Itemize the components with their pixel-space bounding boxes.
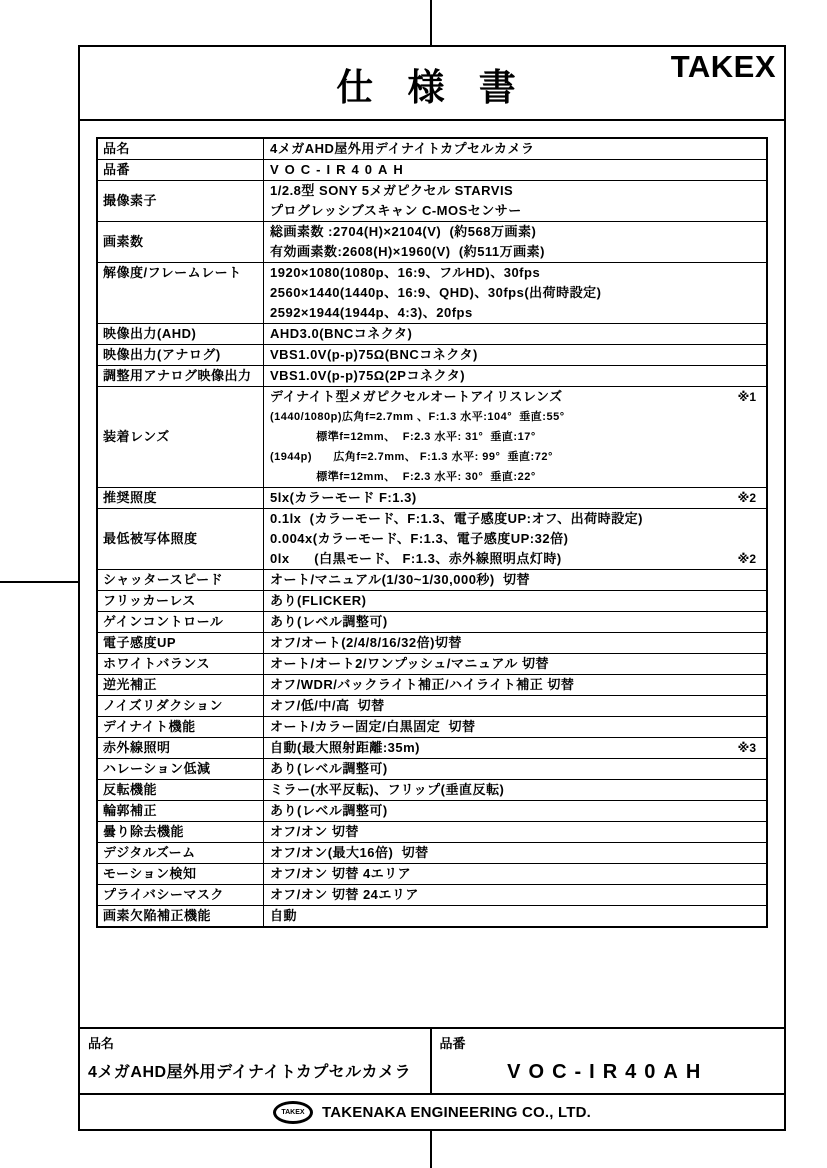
spec-value: オフ/オン 切替 bbox=[264, 822, 766, 842]
spec-value-line: 1/2.8型 SONY 5メガピクセル STARVIS bbox=[270, 181, 766, 201]
spec-value-line: 有効画素数:2608(H)×1960(V) (約511万画素) bbox=[270, 242, 766, 262]
spec-value: 1920×1080(1080p、16:9、フルHD)、30fps2560×144… bbox=[264, 263, 766, 323]
spec-value: オート/マニュアル(1/30~1/30,000秒) 切替 bbox=[264, 570, 766, 590]
spec-row: シャッタースピードオート/マニュアル(1/30~1/30,000秒) 切替 bbox=[98, 569, 766, 590]
spec-value: オフ/オン 切替 4エリア bbox=[264, 864, 766, 884]
spec-value-line: 1920×1080(1080p、16:9、フルHD)、30fps bbox=[270, 263, 766, 283]
spec-value-line: 0.004x(カラーモード、F:1.3、電子感度UP:32倍) bbox=[270, 529, 766, 549]
spec-label: フリッカーレス bbox=[98, 591, 264, 611]
company-name: TAKENAKA ENGINEERING CO., LTD. bbox=[322, 1104, 591, 1121]
spec-label: シャッタースピード bbox=[98, 570, 264, 590]
spec-row: 解像度/フレームレート1920×1080(1080p、16:9、フルHD)、30… bbox=[98, 262, 766, 323]
spec-label: 反転機能 bbox=[98, 780, 264, 800]
spec-value-line: (1440/1080p)広角f=2.7mm 、F:1.3 水平:104° 垂直:… bbox=[270, 407, 766, 427]
spec-row: ハレーション低減あり(レベル調整可) bbox=[98, 758, 766, 779]
spec-label: 品名 bbox=[98, 139, 264, 159]
spec-row: ホワイトバランスオート/オート2/ワンプッシュ/マニュアル 切替 bbox=[98, 653, 766, 674]
spec-row: 品名4メガAHD屋外用デイナイトカプセルカメラ bbox=[98, 139, 766, 159]
spec-value: あり(レベル調整可) bbox=[264, 612, 766, 632]
spec-value: ミラー(水平反転)、フリップ(垂直反転) bbox=[264, 780, 766, 800]
document-frame: 仕 様 書 TAKEX 品名4メガAHD屋外用デイナイトカプセルカメラ品番VOC… bbox=[78, 45, 786, 1131]
spec-value-line: オフ/低/中/高 切替 bbox=[270, 696, 766, 716]
spec-value-line: 総画素数 :2704(H)×2104(V) (約568万画素) bbox=[270, 222, 766, 242]
spec-label: 逆光補正 bbox=[98, 675, 264, 695]
spec-value: オート/オート2/ワンプッシュ/マニュアル 切替 bbox=[264, 654, 766, 674]
spec-label: 画素欠陥補正機能 bbox=[98, 906, 264, 926]
footer-number-label: 品番 bbox=[440, 1033, 777, 1052]
spec-row: ゲインコントロールあり(レベル調整可) bbox=[98, 611, 766, 632]
spec-value-line: オフ/オン 切替 bbox=[270, 822, 766, 842]
spec-row: 逆光補正オフ/WDR/バックライト補正/ハイライト補正 切替 bbox=[98, 674, 766, 695]
spec-value-line: オフ/オン 切替 4エリア bbox=[270, 864, 766, 884]
spec-row: デジタルズームオフ/オン(最大16倍) 切替 bbox=[98, 842, 766, 863]
spec-row: 装着レンズデイナイト型メガピクセルオートアイリスレンズ※1(1440/1080p… bbox=[98, 386, 766, 487]
spec-label: 曇り除去機能 bbox=[98, 822, 264, 842]
spec-value-line: VBS1.0V(p-p)75Ω(2Pコネクタ) bbox=[270, 366, 766, 386]
spec-value: オフ/オート(2/4/8/16/32倍)切替 bbox=[264, 633, 766, 653]
spec-row: 輪郭補正あり(レベル調整可) bbox=[98, 800, 766, 821]
spec-value: あり(レベル調整可) bbox=[264, 759, 766, 779]
spec-value: AHD3.0(BNCコネクタ) bbox=[264, 324, 766, 344]
spec-label: 撮像素子 bbox=[98, 181, 264, 221]
spec-row: 調整用アナログ映像出力VBS1.0V(p-p)75Ω(2Pコネクタ) bbox=[98, 365, 766, 386]
spec-row: 最低被写体照度0.1lx (カラーモード、F:1.3、電子感度UP:オフ、出荷時… bbox=[98, 508, 766, 569]
spec-value-line: 2592×1944(1944p、4:3)、20fps bbox=[270, 303, 766, 323]
spec-row: フリッカーレスあり(FLICKER) bbox=[98, 590, 766, 611]
spec-value-line: 2560×1440(1440p、16:9、QHD)、30fps(出荷時設定) bbox=[270, 283, 766, 303]
spec-value: オフ/WDR/バックライト補正/ハイライト補正 切替 bbox=[264, 675, 766, 695]
spec-value: VOC-IR40AH bbox=[264, 160, 766, 180]
spec-value-line: オフ/オート(2/4/8/16/32倍)切替 bbox=[270, 633, 766, 653]
spec-label: 赤外線照明 bbox=[98, 738, 264, 758]
footer-title-block: 品名 4メガAHD屋外用デイナイトカプセルカメラ 品番 VOC-IR40AH bbox=[80, 1027, 784, 1095]
spec-value-line: ミラー(水平反転)、フリップ(垂直反転) bbox=[270, 780, 766, 800]
spec-value: 0.1lx (カラーモード、F:1.3、電子感度UP:オフ、出荷時設定)0.00… bbox=[264, 509, 766, 569]
spec-value-line: (1944p) 広角f=2.7mm、 F:1.3 水平: 99° 垂直:72° bbox=[270, 447, 766, 467]
spec-value-line: あり(レベル調整可) bbox=[270, 801, 766, 821]
document-body: 品名4メガAHD屋外用デイナイトカプセルカメラ品番VOC-IR40AH撮像素子1… bbox=[80, 122, 784, 1130]
spec-row: モーション検知オフ/オン 切替 4エリア bbox=[98, 863, 766, 884]
spec-value-line: 自動 bbox=[270, 906, 766, 926]
spec-sheet-page: { "header": { "title": "仕 様 書", "brand":… bbox=[0, 0, 827, 1168]
spec-value-line: オート/マニュアル(1/30~1/30,000秒) 切替 bbox=[270, 570, 766, 590]
spec-row: ノイズリダクションオフ/低/中/高 切替 bbox=[98, 695, 766, 716]
spec-label: 画素数 bbox=[98, 222, 264, 262]
spec-value: あり(レベル調整可) bbox=[264, 801, 766, 821]
spec-value-line: 自動(最大照射距離:35m)※3 bbox=[270, 738, 766, 758]
spec-row: 反転機能ミラー(水平反転)、フリップ(垂直反転) bbox=[98, 779, 766, 800]
spec-value: 1/2.8型 SONY 5メガピクセル STARVISプログレッシブスキャン C… bbox=[264, 181, 766, 221]
spec-value: デイナイト型メガピクセルオートアイリスレンズ※1(1440/1080p)広角f=… bbox=[264, 387, 766, 487]
spec-value-line: オフ/WDR/バックライト補正/ハイライト補正 切替 bbox=[270, 675, 766, 695]
spec-value-line: 標準f=12mm、 F:2.3 水平: 31° 垂直:17° bbox=[270, 427, 766, 447]
spec-label: デイナイト機能 bbox=[98, 717, 264, 737]
spec-value: 4メガAHD屋外用デイナイトカプセルカメラ bbox=[264, 139, 766, 159]
spec-value-line: オート/カラー固定/白黒固定 切替 bbox=[270, 717, 766, 737]
spec-value-line: VBS1.0V(p-p)75Ω(BNCコネクタ) bbox=[270, 345, 766, 365]
spec-label: 最低被写体照度 bbox=[98, 509, 264, 569]
spec-row: 映像出力(アナログ)VBS1.0V(p-p)75Ω(BNCコネクタ) bbox=[98, 344, 766, 365]
spec-value-line: AHD3.0(BNCコネクタ) bbox=[270, 324, 766, 344]
spec-value-line: 標準f=12mm、 F:2.3 水平: 30° 垂直:22° bbox=[270, 467, 766, 487]
spec-value-line: 4メガAHD屋外用デイナイトカプセルカメラ bbox=[270, 139, 766, 159]
spec-value-line: 0.1lx (カラーモード、F:1.3、電子感度UP:オフ、出荷時設定) bbox=[270, 509, 766, 529]
footer-name-value: 4メガAHD屋外用デイナイトカプセルカメラ bbox=[88, 1059, 422, 1082]
spec-row: プライバシーマスクオフ/オン 切替 24エリア bbox=[98, 884, 766, 905]
spec-value: あり(FLICKER) bbox=[264, 591, 766, 611]
spec-note: ※1 bbox=[738, 387, 756, 407]
spec-label: 品番 bbox=[98, 160, 264, 180]
spec-value: 自動(最大照射距離:35m)※3 bbox=[264, 738, 766, 758]
spec-value: VBS1.0V(p-p)75Ω(2Pコネクタ) bbox=[264, 366, 766, 386]
spec-row: 赤外線照明自動(最大照射距離:35m)※3 bbox=[98, 737, 766, 758]
spec-value: 5lx(カラーモード F:1.3)※2 bbox=[264, 488, 766, 508]
spec-value-line: デイナイト型メガピクセルオートアイリスレンズ※1 bbox=[270, 387, 766, 407]
footer-name-label: 品名 bbox=[88, 1033, 422, 1052]
spec-label: 解像度/フレームレート bbox=[98, 263, 264, 323]
spec-row: 撮像素子1/2.8型 SONY 5メガピクセル STARVISプログレッシブスキ… bbox=[98, 180, 766, 221]
spec-label: プライバシーマスク bbox=[98, 885, 264, 905]
brand-logo-text: TAKEX bbox=[671, 49, 776, 85]
spec-value-line: VOC-IR40AH bbox=[270, 160, 766, 180]
spec-label: 輪郭補正 bbox=[98, 801, 264, 821]
spec-label: 映像出力(AHD) bbox=[98, 324, 264, 344]
spec-value-line: 0lx (白黒モード、 F:1.3、赤外線照明点灯時)※2 bbox=[270, 549, 766, 569]
spec-label: 電子感度UP bbox=[98, 633, 264, 653]
takex-logo-icon: TAKEX bbox=[273, 1101, 313, 1124]
spec-note: ※2 bbox=[738, 549, 756, 569]
spec-label: ゲインコントロール bbox=[98, 612, 264, 632]
spec-value: オフ/低/中/高 切替 bbox=[264, 696, 766, 716]
trim-mark-bottom bbox=[430, 1130, 432, 1168]
spec-value: 総画素数 :2704(H)×2104(V) (約568万画素)有効画素数:260… bbox=[264, 222, 766, 262]
spec-table: 品名4メガAHD屋外用デイナイトカプセルカメラ品番VOC-IR40AH撮像素子1… bbox=[96, 137, 768, 928]
footer-name-cell: 品名 4メガAHD屋外用デイナイトカプセルカメラ bbox=[80, 1029, 432, 1095]
spec-value: 自動 bbox=[264, 906, 766, 926]
spec-value-line: 5lx(カラーモード F:1.3)※2 bbox=[270, 488, 766, 508]
spec-label: ホワイトバランス bbox=[98, 654, 264, 674]
spec-row: デイナイト機能オート/カラー固定/白黒固定 切替 bbox=[98, 716, 766, 737]
spec-label: 推奨照度 bbox=[98, 488, 264, 508]
spec-row: 画素数総画素数 :2704(H)×2104(V) (約568万画素)有効画素数:… bbox=[98, 221, 766, 262]
spec-label: モーション検知 bbox=[98, 864, 264, 884]
spec-label: ハレーション低減 bbox=[98, 759, 264, 779]
spec-value-line: あり(FLICKER) bbox=[270, 591, 766, 611]
spec-row: 電子感度UPオフ/オート(2/4/8/16/32倍)切替 bbox=[98, 632, 766, 653]
spec-row: 曇り除去機能オフ/オン 切替 bbox=[98, 821, 766, 842]
spec-note: ※3 bbox=[738, 738, 756, 758]
spec-label: 装着レンズ bbox=[98, 387, 264, 487]
footer-number-value: VOC-IR40AH bbox=[440, 1061, 777, 1084]
spec-value: オフ/オン(最大16倍) 切替 bbox=[264, 843, 766, 863]
trim-mark-left bbox=[0, 581, 79, 583]
spec-row: 品番VOC-IR40AH bbox=[98, 159, 766, 180]
spec-value-line: オフ/オン 切替 24エリア bbox=[270, 885, 766, 905]
spec-label: デジタルズーム bbox=[98, 843, 264, 863]
spec-value-line: オート/オート2/ワンプッシュ/マニュアル 切替 bbox=[270, 654, 766, 674]
spec-value-line: あり(レベル調整可) bbox=[270, 759, 766, 779]
spec-label: 映像出力(アナログ) bbox=[98, 345, 264, 365]
spec-value-line: あり(レベル調整可) bbox=[270, 612, 766, 632]
company-strip: TAKEX TAKENAKA ENGINEERING CO., LTD. bbox=[80, 1093, 784, 1129]
spec-value-line: プログレッシブスキャン C-MOSセンサー bbox=[270, 201, 766, 221]
spec-label: 調整用アナログ映像出力 bbox=[98, 366, 264, 386]
spec-row: 画素欠陥補正機能自動 bbox=[98, 905, 766, 926]
spec-note: ※2 bbox=[738, 488, 756, 508]
spec-value: VBS1.0V(p-p)75Ω(BNCコネクタ) bbox=[264, 345, 766, 365]
trim-mark-top bbox=[430, 0, 432, 46]
spec-label: ノイズリダクション bbox=[98, 696, 264, 716]
footer-number-cell: 品番 VOC-IR40AH bbox=[432, 1029, 785, 1095]
spec-value-line: オフ/オン(最大16倍) 切替 bbox=[270, 843, 766, 863]
spec-row: 映像出力(AHD)AHD3.0(BNCコネクタ) bbox=[98, 323, 766, 344]
spec-value: オフ/オン 切替 24エリア bbox=[264, 885, 766, 905]
document-header: 仕 様 書 TAKEX bbox=[80, 47, 784, 121]
spec-row: 推奨照度5lx(カラーモード F:1.3)※2 bbox=[98, 487, 766, 508]
spec-value: オート/カラー固定/白黒固定 切替 bbox=[264, 717, 766, 737]
